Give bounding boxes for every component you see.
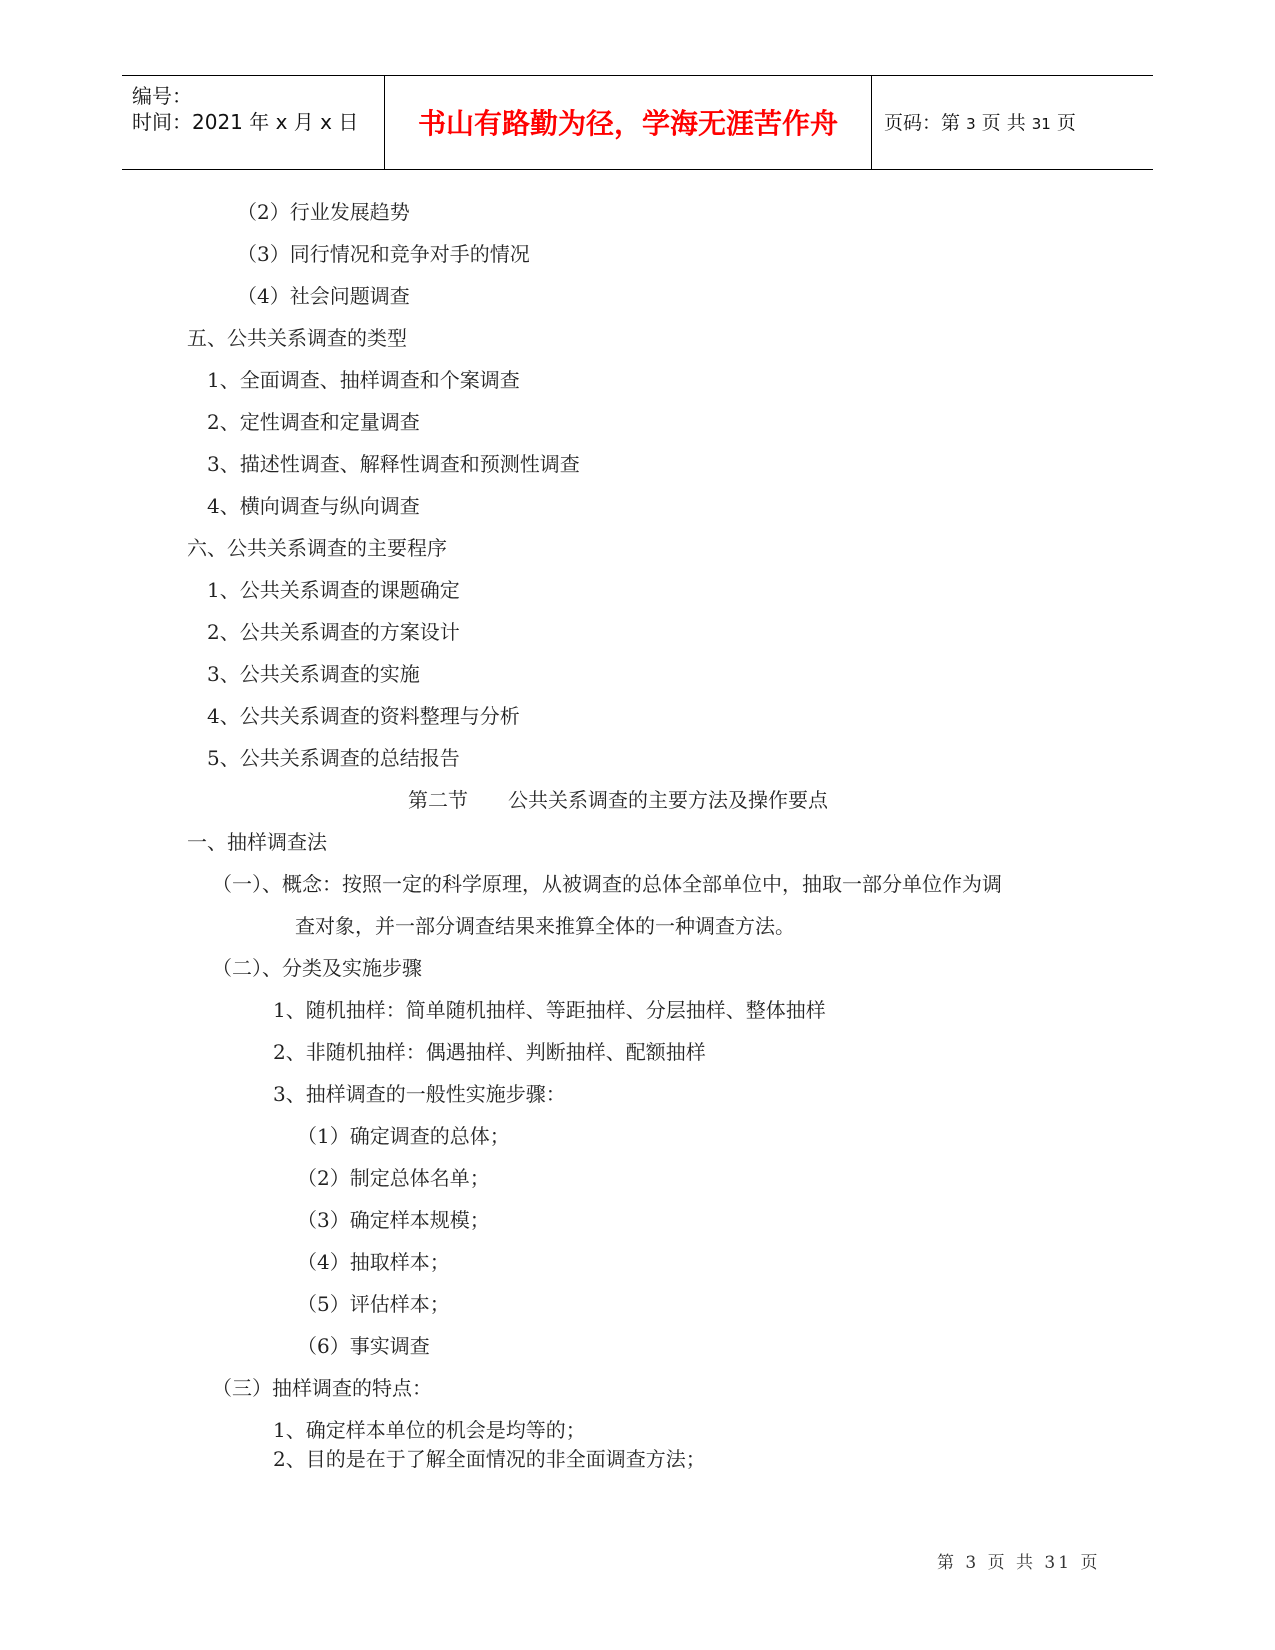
text-line: 1、确定样本单位的机会是均等的； <box>273 1416 586 1444</box>
text-line: （3）同行情况和竞争对手的情况 <box>237 240 530 268</box>
text-line: （4）抽取样本； <box>297 1248 450 1276</box>
text-line: 1、全面调查、抽样调查和个案调查 <box>207 366 520 394</box>
text-line: 1、随机抽样：简单随机抽样、等距抽样、分层抽样、整体抽样 <box>273 996 826 1024</box>
header-motto-cell: 书山有路勤为径，学海无涯苦作舟 <box>385 76 872 169</box>
text-line: 1、公共关系调查的课题确定 <box>207 576 460 604</box>
text-line: 4、公共关系调查的资料整理与分析 <box>207 702 520 730</box>
text-line: （6）事实调查 <box>297 1332 430 1360</box>
page-prefix: 页码：第 <box>884 112 960 134</box>
page-footer: 第 3 页 共 31 页 <box>937 1548 1100 1573</box>
text-line: 一、抽样调查法 <box>187 828 327 856</box>
text-line: 5、公共关系调查的总结报告 <box>207 744 460 772</box>
text-line: （2）制定总体名单； <box>297 1164 490 1192</box>
text-line: 查对象，并一部分调查结果来推算全体的一种调查方法。 <box>295 912 795 940</box>
text-line: （三）抽样调查的特点： <box>212 1374 432 1402</box>
text-line: （4）社会问题调查 <box>237 282 410 310</box>
text-line: 2、定性调查和定量调查 <box>207 408 420 436</box>
text-line: （2）行业发展趋势 <box>237 198 410 226</box>
text-line: 2、公共关系调查的方案设计 <box>207 618 460 646</box>
page-suffix: 页 <box>1057 112 1076 134</box>
text-line: 六、公共关系调查的主要程序 <box>187 534 447 562</box>
page-current: 3 <box>966 115 976 133</box>
page-total: 31 <box>1032 115 1051 133</box>
text-line: （3）确定样本规模； <box>297 1206 490 1234</box>
text-line: （5）评估样本； <box>297 1290 450 1318</box>
header-page-info: 页码：第 3 页 共 31 页 <box>884 108 1076 135</box>
text-line: （一）、概念：按照一定的科学原理，从被调查的总体全部单位中，抽取一部分单位作为调 <box>212 870 1002 898</box>
document-number-label: 编号： <box>132 80 192 109</box>
page-mid: 页 共 <box>982 112 1026 134</box>
text-line: （二）、分类及实施步骤 <box>212 954 422 982</box>
text-line: 2、目的是在于了解全面情况的非全面调查方法； <box>273 1445 706 1473</box>
section-title: 第二节 公共关系调查的主要方法及操作要点 <box>408 786 828 814</box>
document-date: 时间：2021 年 x 月 x 日 <box>132 106 358 135</box>
header-meta-cell: 编号： 时间：2021 年 x 月 x 日 <box>122 76 385 169</box>
text-line: 4、横向调查与纵向调查 <box>207 492 420 520</box>
text-line: （1）确定调查的总体； <box>297 1122 510 1150</box>
header-page-cell: 页码：第 3 页 共 31 页 <box>872 76 1153 169</box>
text-line: 2、非随机抽样：偶遇抽样、判断抽样、配额抽样 <box>273 1038 706 1066</box>
text-line: 五、公共关系调查的类型 <box>187 324 407 352</box>
text-line: 3、描述性调查、解释性调查和预测性调查 <box>207 450 580 478</box>
motto: 书山有路勤为径，学海无涯苦作舟 <box>385 102 871 142</box>
text-line: 3、抽样调查的一般性实施步骤： <box>273 1080 566 1108</box>
text-line: 3、公共关系调查的实施 <box>207 660 420 688</box>
page-header: 编号： 时间：2021 年 x 月 x 日 书山有路勤为径，学海无涯苦作舟 页码… <box>122 75 1153 170</box>
